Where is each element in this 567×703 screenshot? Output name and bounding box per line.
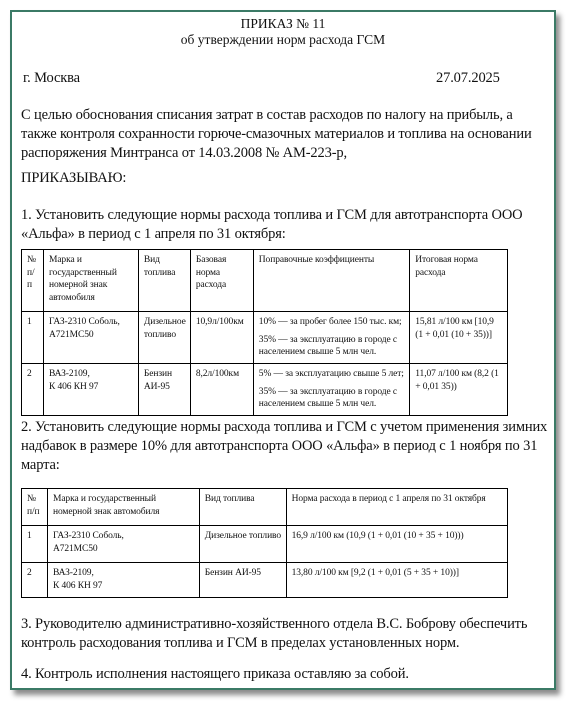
car-plate: К 406 КН 97 bbox=[49, 382, 98, 392]
header-fuel: Вид топлива bbox=[138, 250, 190, 312]
car-plate: К 406 КН 97 bbox=[53, 581, 102, 591]
coef-line: 35% — за эксплуатацию в городе с населен… bbox=[259, 386, 405, 411]
cell-car: ГАЗ-2310 Соболь,А721МС50 bbox=[43, 312, 138, 364]
car-model: ГАЗ-2310 Соболь, bbox=[49, 317, 120, 327]
document-page: ПРИКАЗ № 11 об утверждении норм расхода … bbox=[10, 10, 556, 690]
cell-car: ВАЗ-2109,К 406 КН 97 bbox=[43, 364, 138, 416]
item-1-text: 1. Установить следующие нормы расхода то… bbox=[21, 206, 549, 244]
header-base: Базовая норма расхода bbox=[190, 250, 253, 312]
order-word: ПРИКАЗЫВАЮ: bbox=[21, 169, 549, 188]
table-header-row: № п/п Марка и государственный номерной з… bbox=[22, 250, 508, 312]
header-coef: Поправочные коэффициенты bbox=[253, 250, 409, 312]
item-4-text: 4. Контроль исполнения настоящего приказ… bbox=[21, 665, 549, 684]
cell-fuel: Бензин АИ-95 bbox=[138, 364, 190, 416]
header-car: Марка и государственный номерной знак ав… bbox=[43, 250, 138, 312]
table-row: 2 ВАЗ-2109,К 406 КН 97 Бензин АИ-95 8,2л… bbox=[22, 364, 508, 416]
car-model: ВАЗ-2109, bbox=[49, 369, 90, 379]
fuel-norms-table-summer: № п/п Марка и государственный номерной з… bbox=[21, 249, 508, 416]
cell-num: 1 bbox=[22, 312, 44, 364]
order-date: 27.07.2025 bbox=[436, 69, 536, 88]
car-model: ГАЗ-2310 Соболь, bbox=[53, 531, 124, 541]
cell-num: 2 bbox=[22, 563, 48, 598]
car-plate: А721МС50 bbox=[49, 330, 94, 340]
table-header-row: № п/п Марка и государственный номерной з… bbox=[22, 489, 508, 526]
cell-total: 15,81 л/100 км [10,9 (1 + 0,01 (10 + 35)… bbox=[410, 312, 508, 364]
cell-coef: 10% — за пробег более 150 тыс. км;35% — … bbox=[253, 312, 409, 364]
coef-line: 5% — за эксплуатацию свыше 5 лет; bbox=[259, 368, 405, 381]
cell-total: 11,07 л/100 км (8,2 (1 + 0,01 35)) bbox=[410, 364, 508, 416]
table-row: 1 ГАЗ-2310 Соболь,А721МС50 Дизельное топ… bbox=[22, 526, 508, 563]
fuel-norms-table-winter: № п/п Марка и государственный номерной з… bbox=[21, 488, 508, 598]
cell-fuel: Дизельное топливо bbox=[199, 526, 286, 563]
preamble-paragraph: С целью обоснования списания затрат в со… bbox=[21, 106, 549, 163]
cell-coef: 5% — за эксплуатацию свыше 5 лет;35% — з… bbox=[253, 364, 409, 416]
item-3-text: 3. Руководителю административно-хозяйств… bbox=[21, 615, 549, 653]
header-car: Марка и государственный номерной знак ав… bbox=[47, 489, 199, 526]
header-num: № п/п bbox=[22, 250, 44, 312]
item-2-text: 2. Установить следующие нормы расхода то… bbox=[21, 418, 549, 475]
cell-norm: 16,9 л/100 км (10,9 (1 + 0,01 (10 + 35 +… bbox=[286, 526, 507, 563]
header-total: Итоговая норма расхода bbox=[410, 250, 508, 312]
cell-car: ВАЗ-2109,К 406 КН 97 bbox=[47, 563, 199, 598]
cell-num: 2 bbox=[22, 364, 44, 416]
cell-norm: 13,80 л/100 км [9,2 (1 + 0,01 (5 + 35 + … bbox=[286, 563, 507, 598]
cell-base: 10,9л/100км bbox=[190, 312, 253, 364]
coef-line: 10% — за пробег более 150 тыс. км; bbox=[259, 316, 405, 329]
cell-num: 1 bbox=[22, 526, 48, 563]
order-title: ПРИКАЗ № 11 bbox=[12, 16, 554, 32]
order-city: г. Москва bbox=[23, 69, 223, 88]
cell-car: ГАЗ-2310 Соболь,А721МС50 bbox=[47, 526, 199, 563]
table-row: 1 ГАЗ-2310 Соболь,А721МС50 Дизельное топ… bbox=[22, 312, 508, 364]
car-model: ВАЗ-2109, bbox=[53, 568, 94, 578]
cell-fuel: Дизельное топливо bbox=[138, 312, 190, 364]
order-subtitle: об утверждении норм расхода ГСМ bbox=[12, 32, 554, 48]
header-norm: Норма расхода в период с 1 апреля по 31 … bbox=[286, 489, 507, 526]
cell-fuel: Бензин АИ-95 bbox=[199, 563, 286, 598]
table-row: 2 ВАЗ-2109,К 406 КН 97 Бензин АИ-95 13,8… bbox=[22, 563, 508, 598]
car-plate: А721МС50 bbox=[53, 544, 98, 554]
header-fuel: Вид топлива bbox=[199, 489, 286, 526]
coef-line: 35% — за эксплуатацию в городе с населен… bbox=[259, 334, 405, 359]
cell-base: 8,2л/100км bbox=[190, 364, 253, 416]
header-num: № п/п bbox=[22, 489, 48, 526]
